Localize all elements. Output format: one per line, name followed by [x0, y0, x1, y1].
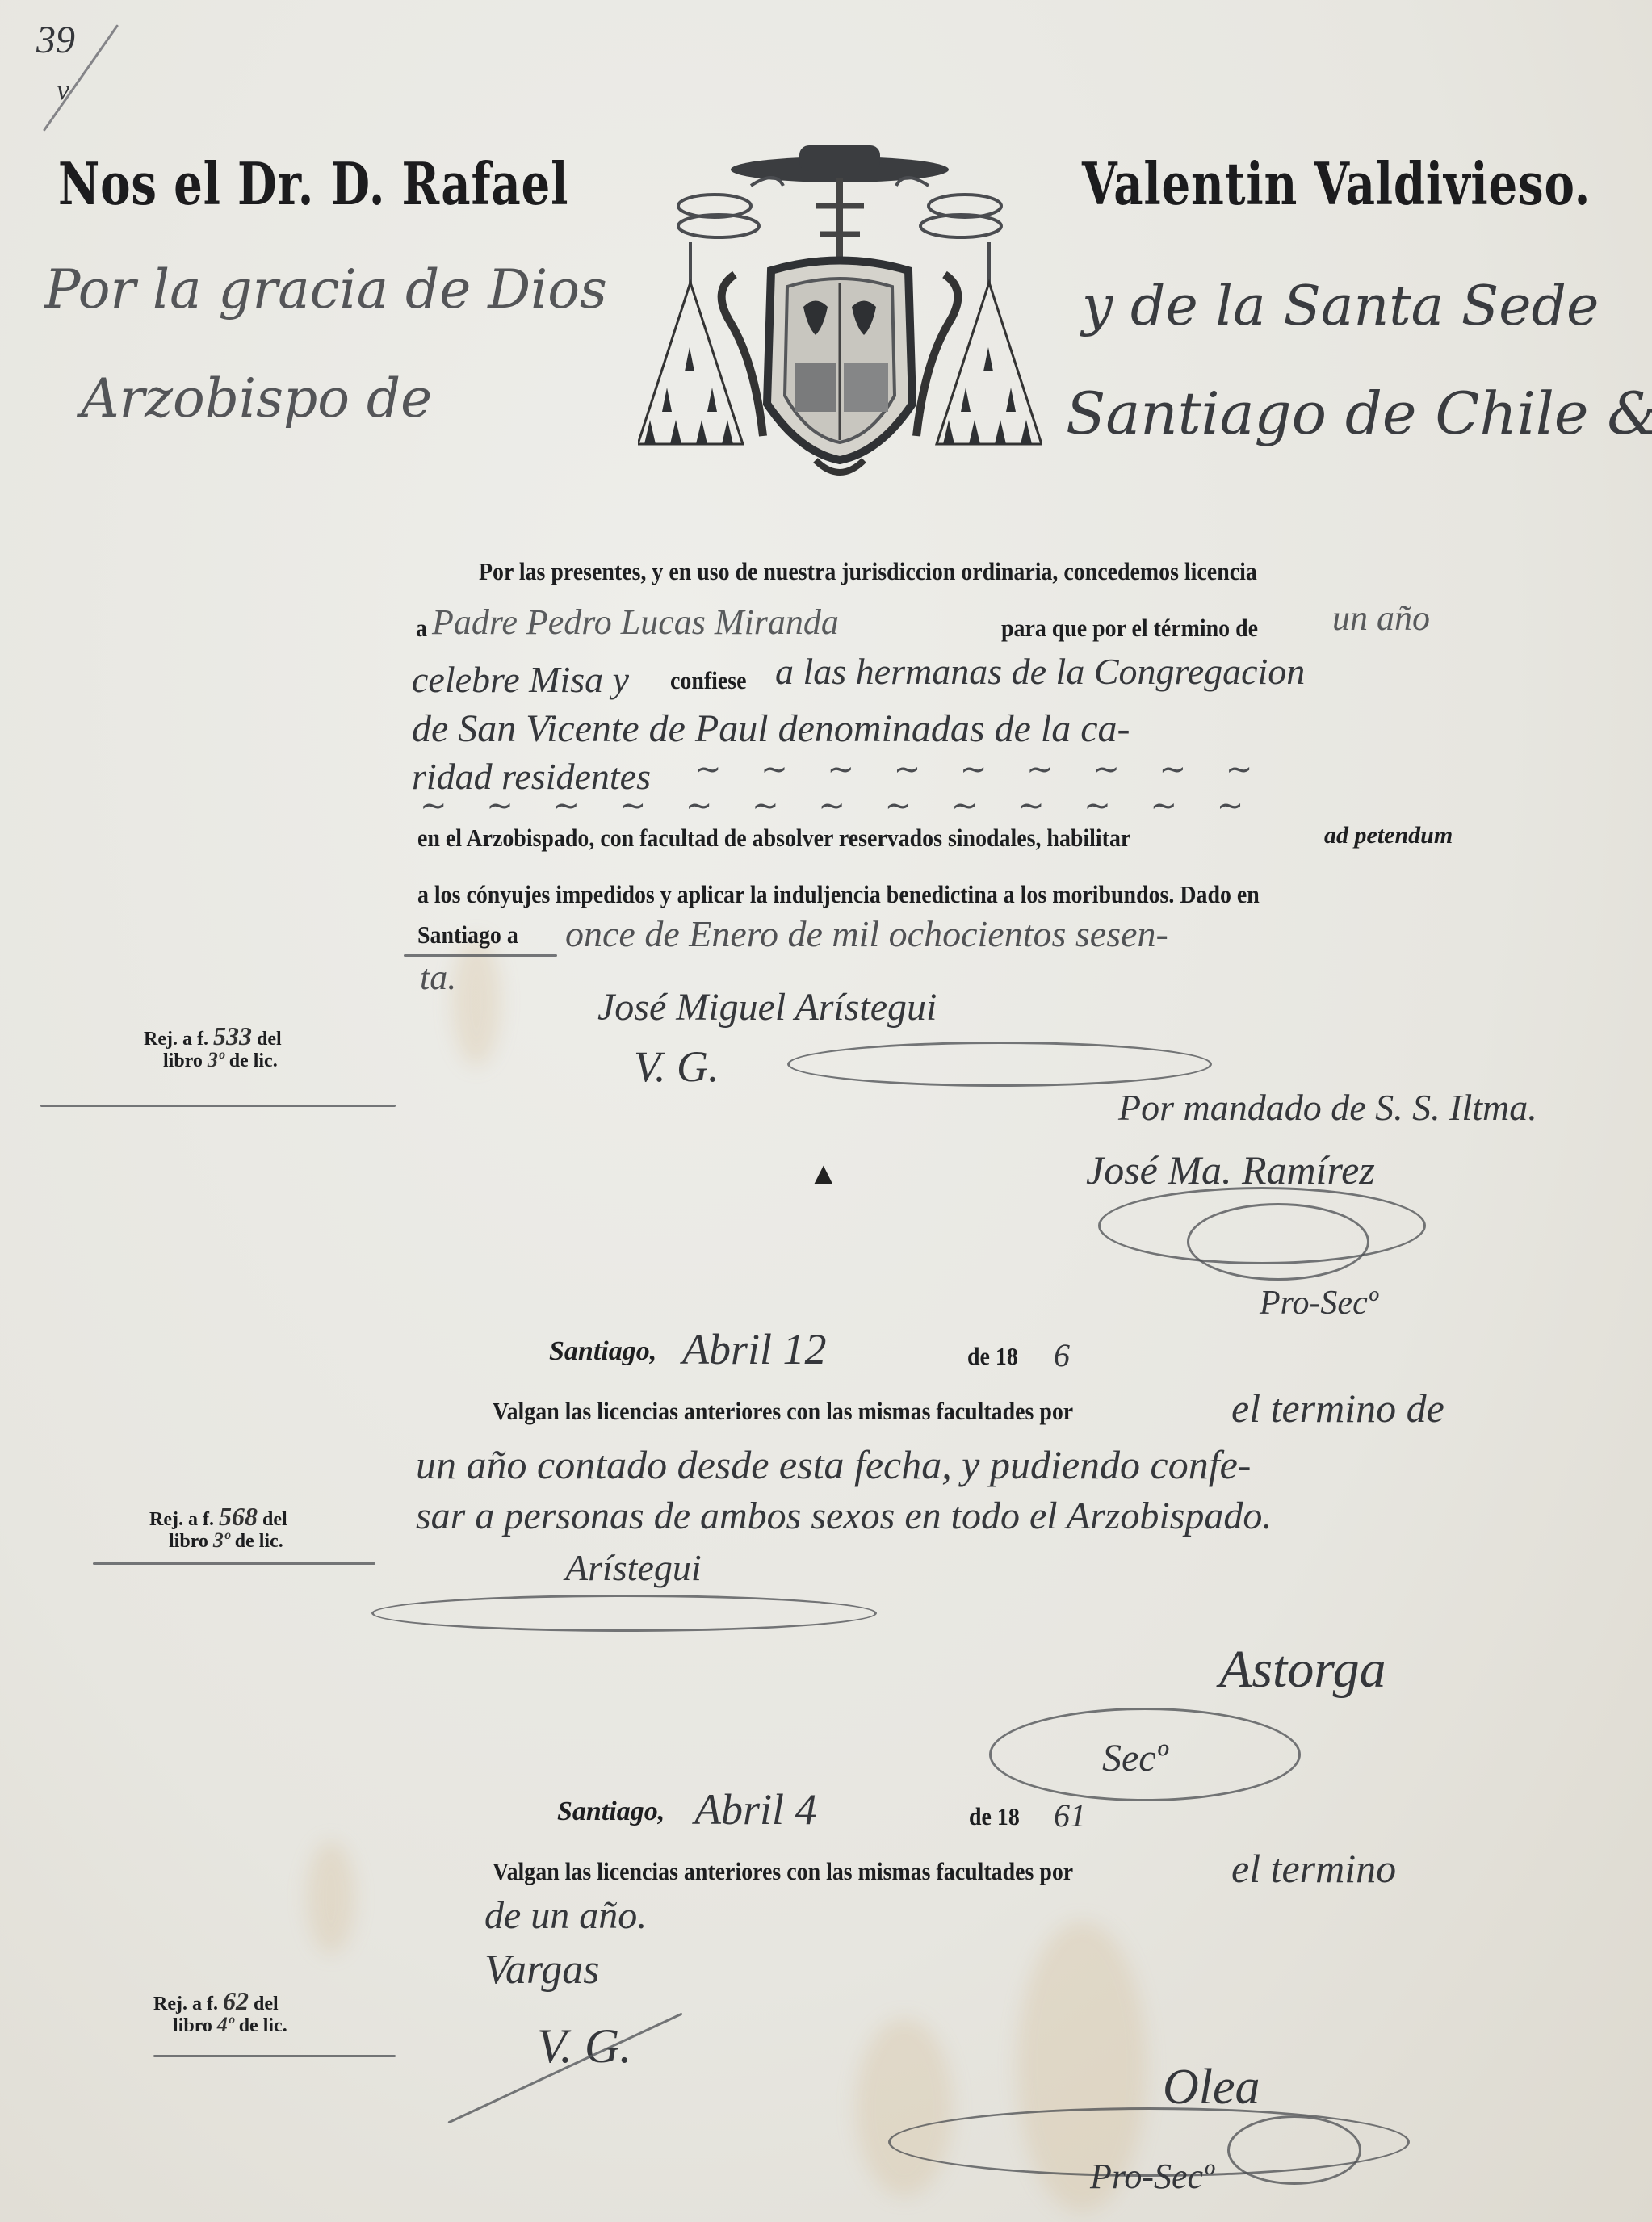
renewal-1-city: Santiago,: [549, 1336, 656, 1367]
signature-flourish: [1227, 2115, 1361, 2185]
renewal-1-signature: Arístegui: [565, 1546, 702, 1589]
vicar-initials: V. G.: [634, 1042, 719, 1092]
document-page: 39 v Nos el Dr. D. Rafael Valentin Valdi…: [0, 0, 1652, 2222]
renewal-2-date: Abril 4: [694, 1784, 817, 1834]
register-underline: [93, 1562, 375, 1565]
register-underline: [40, 1105, 396, 1107]
secretary-title: Pro-Secº: [1260, 1284, 1378, 1323]
header-grace-right: y de la Santa Sede: [1082, 275, 1599, 338]
license-prefix: a: [416, 614, 427, 643]
renewal-1-secretary: Astorga: [1219, 1639, 1386, 1700]
license-confess-print: confiese: [670, 666, 747, 695]
header-archbishop-right: Santiago de Chile &a: [1066, 379, 1652, 447]
license-faculties-line: en el Arzobispado, con facultad de absol…: [417, 824, 1130, 853]
fill-line: ~ ~ ~ ~ ~ ~ ~ ~ ~ ~ ~ ~ ~: [420, 787, 1258, 824]
renewal-2-hand-2: de un año.: [484, 1893, 647, 1938]
renewal-2-secretary-title: Pro-Secº: [1090, 2156, 1214, 2197]
folio-number: 39: [36, 18, 75, 62]
license-ad-petendum: ad petendum: [1324, 822, 1453, 849]
coat-of-arms-icon: [638, 129, 1042, 484]
license-mass-hand: celebre Misa y: [412, 658, 629, 701]
renewal-1-hand-3: sar a personas de ambos sexos en todo el…: [416, 1494, 1272, 1538]
renewal-1-hand-2: un año contado desde esta fecha, y pudie…: [416, 1441, 1251, 1488]
license-date-hand-cont: ta.: [420, 957, 456, 998]
stain: [307, 1841, 355, 1954]
stain: [856, 2019, 953, 2196]
register-entry-3: Rej. a f. 62 del libro 4º de lic.: [153, 1990, 287, 2036]
renewal-2-year-hand: 61: [1054, 1796, 1086, 1834]
header-name-left: Nos el Dr. D. Rafael: [58, 149, 568, 218]
renewal-1-hand-1: el termino de: [1231, 1385, 1444, 1432]
signature-flourish: [1187, 1203, 1369, 1281]
secretary-signature: José Ma. Ramírez: [1086, 1147, 1375, 1193]
by-order-line: Por mandado de S. S. Iltma.: [1118, 1086, 1537, 1129]
renewal-2-hand-1: el termino: [1231, 1845, 1396, 1892]
license-given-in: Santiago a: [417, 920, 518, 950]
priest-name: Padre Pedro Lucas Miranda: [432, 602, 839, 643]
register-entry-2: Rej. a f. 568 del libro 3º de lic.: [149, 1506, 287, 1552]
license-term-print: para que por el término de: [1001, 614, 1258, 643]
renewal-1-valgan: Valgan las licencias anteriores con las …: [493, 1397, 1073, 1426]
license-congregation-hand: de San Vicente de Paul denominadas de la…: [412, 706, 1130, 751]
renewal-2-valgan: Valgan las licencias anteriores con las …: [493, 1857, 1073, 1886]
signature-flourish: [787, 1042, 1212, 1087]
fill-line: ~ ~ ~ ~ ~ ~ ~ ~ ~: [694, 751, 1267, 788]
header-grace-left: Por la gracia de Dios: [44, 258, 607, 321]
register-entry-1: Rej. a f. 533 del libro 3º de lic.: [144, 1025, 282, 1071]
renewal-1-year-hand: 6: [1054, 1336, 1070, 1374]
license-sisters-hand: a las hermanas de la Congregacion: [775, 650, 1305, 693]
renewal-2-year-print: de 18: [969, 1802, 1020, 1831]
archbishop-signature: José Miguel Arístegui: [597, 985, 937, 1029]
renewal-2-city: Santiago,: [557, 1796, 665, 1827]
register-underline: [153, 2055, 396, 2057]
license-line-1: Por las presentes, y en uso de nuestra j…: [479, 557, 1257, 586]
renewal-2-signature: Vargas: [484, 1946, 600, 1994]
license-date-hand: once de Enero de mil ochocientos sesen-: [565, 912, 1168, 955]
ink-mark-icon: ▲: [807, 1155, 840, 1193]
license-indulgence-line: a los cónyujes impedidos y aplicar la in…: [417, 880, 1260, 909]
license-term-hand: un año: [1332, 597, 1430, 639]
signature-flourish: [371, 1595, 877, 1632]
renewal-2-mark: V. G.: [537, 2019, 631, 2074]
renewal-1-secretary-title: Secº: [1102, 1736, 1168, 1780]
renewal-1-date: Abril 12: [682, 1324, 827, 1374]
header-name-right: Valentin Valdivieso.: [1082, 149, 1591, 218]
renewal-1-year-print: de 18: [967, 1342, 1018, 1371]
header-archbishop-left: Arzobispo de: [81, 367, 432, 430]
